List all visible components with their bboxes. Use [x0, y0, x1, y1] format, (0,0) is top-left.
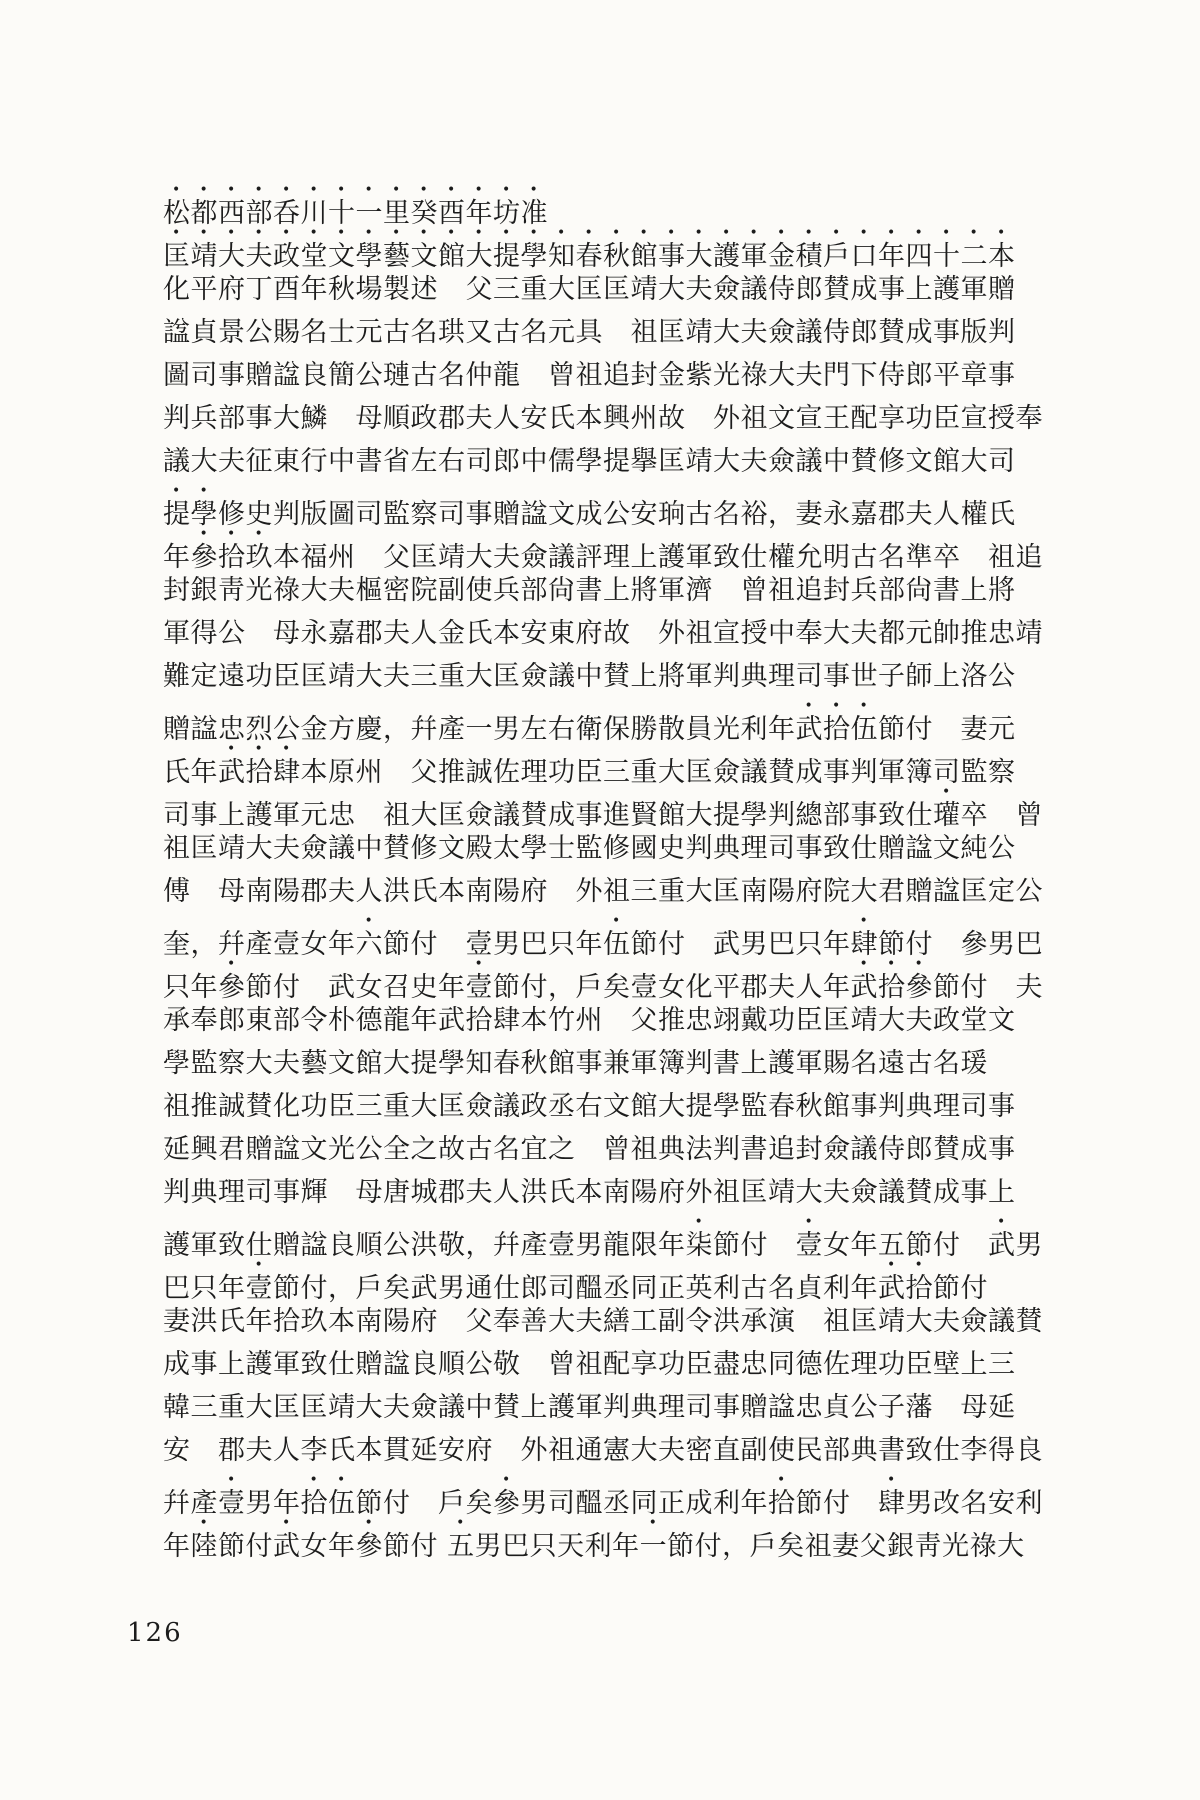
- emphasized-text: 武: [988, 1230, 1016, 1261]
- text-run: 男: [1016, 1230, 1044, 1261]
- text-run: 判兵部事大鱗 母順政郡夫人安氏本興州故 外祖文宣王配享功臣宣授奉: [163, 403, 1043, 434]
- text-line: 幷產壹男年拾伍節付 戶矣參男司醞丞同正成利年拾節付 肆男改名安利: [163, 1472, 1063, 1515]
- text-run: 化平府丁酉年秋場製述 父三重大匡匡靖大夫僉議侍郎賛成事上護軍贈: [163, 274, 1016, 305]
- text-run: 節付: [218, 1531, 273, 1562]
- emphasized-text: 一: [640, 1531, 668, 1562]
- text-line: 祖推誠賛化功臣三重大匡僉議政丞右文館大提學監春秋館事判典理司事: [163, 1085, 1063, 1128]
- text-run: 女年: [301, 1531, 356, 1562]
- text-run: 諡貞景公賜名士元古名珙又古名元具 祖匡靖大夫僉議侍郎賛成事版判: [163, 317, 1016, 348]
- text-line: 軍得公 母永嘉郡夫人金氏本安東府故 外祖宣授中奉大夫都元帥推忠靖: [163, 612, 1063, 655]
- text-line: 學監察大夫藝文館大提學知春秋館事兼軍簿判書上護軍賜名遠古名瑗: [163, 1042, 1063, 1085]
- text-line: 只年參節付 武女召史年壹節付，戶矣壹女化平郡夫人年武拾參節付 夫: [163, 956, 1063, 999]
- text-line: 韓三重大匡匡靖大夫僉議中賛上護軍判典理司事贈諡忠貞公子藩 母延: [163, 1386, 1063, 1429]
- text-line: 成事上護軍致仕贈諡良順公敬 曾祖配享功臣盡忠同德佐理功臣壁上三: [163, 1343, 1063, 1386]
- text-run: 祖推誠賛化功臣三重大匡僉議政丞右文館大提學監春秋館事判典理司事: [163, 1091, 1016, 1122]
- text-line: 延興君贈諡文光公全之故古名宜之 曾祖典法判書追封僉議侍郎賛成事: [163, 1128, 1063, 1171]
- text-line: 護軍致仕贈諡良順公洪敬，幷產壹男龍限年柒節付 壹女年五節付 武男: [163, 1214, 1063, 1257]
- text-run: 妻洪氏年拾玖本南陽府 父奉善大夫繕工副令洪承演 祖匡靖大夫僉議賛: [163, 1306, 1043, 1337]
- emphasized-text: 陸: [191, 1531, 219, 1562]
- text-line: 奎，幷產壹女年六節付 壹男巴只年伍節付 武男巴只年肆節付 參男巴: [163, 913, 1063, 956]
- text-line: 判兵部事大鱗 母順政郡夫人安氏本興州故 外祖文宣王配享功臣宣授奉: [163, 397, 1063, 440]
- text-line: 松都西部呑川十一里癸酉年坊准: [163, 182, 1063, 225]
- text-line: 祖匡靖大夫僉議中賛修文殿太學士監修國史判典理司事致仕贈諡文純公: [163, 827, 1063, 870]
- text-line: 難定遠功臣匡靖大夫三重大匡僉議中賛上將軍判典理司事世子師上洛公: [163, 655, 1063, 698]
- text-run: 學監察大夫藝文館大提學知春秋館事兼軍簿判書上護軍賜名遠古名瑗: [163, 1048, 988, 1079]
- emphasized-text: 武: [273, 1531, 301, 1562]
- text-line: 議大夫征東行中書省左右司郎中儒學提擧匡靖大夫僉議中賛修文館大司: [163, 440, 1063, 483]
- text-run: 判典理司事輝 母唐城郡夫人洪氏本南陽府外祖匡靖大夫僉議賛成事上: [163, 1177, 1016, 1208]
- text-run: 議大夫征東行中書省左右司郎中儒學提擧匡靖大夫僉議中賛修文館大司: [163, 446, 1016, 477]
- text-run: 延興君贈諡文光公全之故古名宜之 曾祖典法判書追封僉議侍郎賛成事: [163, 1134, 1016, 1165]
- text-block: 松都西部呑川十一里癸酉年坊准匡靖大夫政堂文學藝文館大提學知春秋館事大護軍金積戶口…: [163, 182, 1063, 1558]
- text-line: 司事上護軍元忠 祖大匡僉議賛成事進賢館大提學判總部事致仕瓘卒 曾: [163, 784, 1063, 827]
- text-line: 承奉郎東部令朴德龍年武拾肆本竹州 父推忠翊戴功臣匡靖大夫政堂文: [163, 999, 1063, 1042]
- text-line: 巴只年壹節付，戶矣武男通仕郎司醞丞同正英利古名貞利年武拾節付: [163, 1257, 1063, 1300]
- text-line: 提學修史判版圖司監察司事贈諡文成公安珦古名裕，妻永嘉郡夫人權氏: [163, 483, 1063, 526]
- text-run: 成事上護軍致仕贈諡良順公敬 曾祖配享功臣盡忠同德佐理功臣壁上三: [163, 1349, 1016, 1380]
- emphasized-text: 參: [356, 1531, 384, 1562]
- text-line: 妻洪氏年拾玖本南陽府 父奉善大夫繕工副令洪承演 祖匡靖大夫僉議賛: [163, 1300, 1063, 1343]
- emphasized-text: 五: [447, 1531, 475, 1562]
- text-run: 安 郡夫人李氏本貫延安府 外祖通憲大夫密直副使民部典書致仕李得良: [163, 1435, 1043, 1466]
- text-run: 軍得公 母永嘉郡夫人金氏本安東府故 外祖宣授中奉大夫都元帥推忠靖: [163, 618, 1043, 649]
- text-line: 年陸節付武女年參節付 五男巴只天利年一節付，戶矣祖妻父銀靑光祿大: [163, 1515, 1063, 1558]
- text-line: 氏年武拾肆本原州 父推誠佐理功臣三重大匡僉議賛成事判軍簿司監察: [163, 741, 1063, 784]
- text-run: 封銀靑光祿大夫樞密院副使兵部尙書上將軍濟 曾祖追封兵部尙書上將: [163, 575, 1016, 606]
- text-run: 節付: [383, 1531, 447, 1562]
- page-number: 126: [127, 1618, 183, 1648]
- text-run: 男巴只天利年: [475, 1531, 640, 1562]
- text-line: 傅 母南陽郡夫人洪氏本南陽府 外祖三重大匡南陽府院大君贈諡匡定公: [163, 870, 1063, 913]
- text-run: 韓三重大匡匡靖大夫僉議中賛上護軍判典理司事贈諡忠貞公子藩 母延: [163, 1392, 1016, 1423]
- text-run: 難定遠功臣匡靖大夫三重大匡僉議中賛上將軍判典理司事世子師上洛公: [163, 661, 1016, 692]
- text-line: 圖司事贈諡良簡公璉古名仲龍 曾祖追封金紫光祿大夫門下侍郎平章事: [163, 354, 1063, 397]
- text-run: 年: [163, 1531, 191, 1562]
- text-line: 贈諡忠烈公金方慶，幷產一男左右衛保勝散員光利年武拾伍節付 妻元: [163, 698, 1063, 741]
- text-run: 承奉郎東部令朴德龍年武拾肆本竹州 父推忠翊戴功臣匡靖大夫政堂文: [163, 1005, 1016, 1036]
- text-run: 圖司事贈諡良簡公璉古名仲龍 曾祖追封金紫光祿大夫門下侍郎平章事: [163, 360, 1016, 391]
- document-page: 松都西部呑川十一里癸酉年坊准匡靖大夫政堂文學藝文館大提學知春秋館事大護軍金積戶口…: [0, 0, 1200, 1800]
- text-line: 年參拾玖本福州 父匡靖大夫僉議評理上護軍致仕權允明古名準卒 祖追: [163, 526, 1063, 569]
- text-line: 化平府丁酉年秋場製述 父三重大匡匡靖大夫僉議侍郎賛成事上護軍贈: [163, 268, 1063, 311]
- text-run: 祖匡靖大夫僉議中賛修文殿太學士監修國史判典理司事致仕贈諡文純公: [163, 833, 1016, 864]
- text-line: 判典理司事輝 母唐城郡夫人洪氏本南陽府外祖匡靖大夫僉議賛成事上: [163, 1171, 1063, 1214]
- text-line: 安 郡夫人李氏本貫延安府 外祖通憲大夫密直副使民部典書致仕李得良: [163, 1429, 1063, 1472]
- text-run: 節付，戶矣祖妻父銀靑光祿大: [667, 1531, 1025, 1562]
- text-line: 諡貞景公賜名士元古名珙又古名元具 祖匡靖大夫僉議侍郎賛成事版判: [163, 311, 1063, 354]
- text-line: 匡靖大夫政堂文學藝文館大提學知春秋館事大護軍金積戶口年四十二本: [163, 225, 1063, 268]
- text-run: 傅 母南陽郡夫人洪氏本南陽府 外祖三重大匡南陽府院大君贈諡匡定公: [163, 876, 1043, 907]
- text-line: 封銀靑光祿大夫樞密院副使兵部尙書上將軍濟 曾祖追封兵部尙書上將: [163, 569, 1063, 612]
